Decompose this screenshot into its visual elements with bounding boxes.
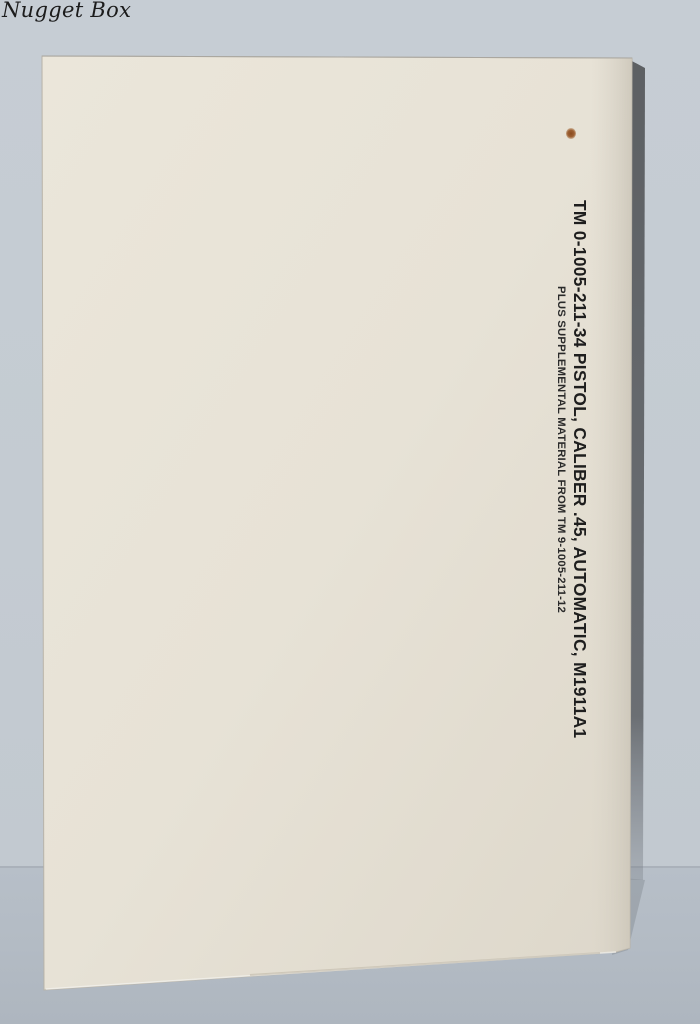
booklet-cover — [0, 0, 700, 1024]
watermark: Nugget Box — [2, 0, 131, 22]
booklet-title: TM 0-1005-211-34 PISTOL, CALIBER .45, AU… — [571, 200, 588, 739]
booklet: TM 0-1005-211-34 PISTOL, CALIBER .45, AU… — [0, 0, 700, 1024]
booklet-subtitle: PLUS SUPPLEMENTAL MATERIAL FROM TM 9-100… — [555, 286, 566, 613]
rust-spot — [566, 128, 576, 139]
